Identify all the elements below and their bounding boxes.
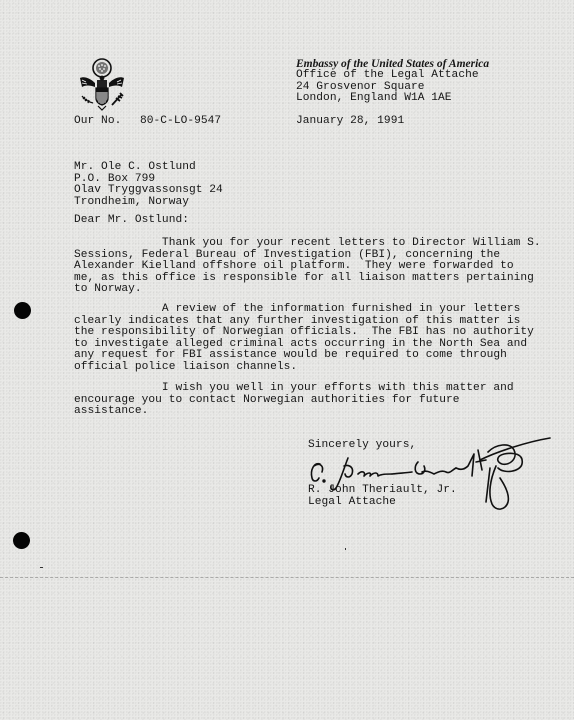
letter-page: Embassy of the United States of America …: [0, 0, 574, 720]
body-paragraph-1: Thank you for your recent letters to Dir…: [74, 238, 541, 296]
recipient-name: Mr. Ole C. Ostlund: [74, 162, 223, 174]
body-paragraph-3: I wish you well in your efforts with thi…: [74, 383, 514, 418]
body-line: official police liaison channels.: [74, 362, 534, 374]
body-line: assistance.: [74, 406, 514, 418]
letterhead: Embassy of the United States of America …: [296, 58, 489, 105]
reference-number: 80-C-LO-9547: [140, 116, 221, 128]
reference-label: Our No.: [74, 116, 121, 128]
body-paragraph-2: A review of the information furnished in…: [74, 304, 534, 374]
office-name: Office of the Legal Attache: [296, 70, 489, 82]
body-line: to Norway.: [74, 284, 541, 296]
closing: Sincerely yours,: [308, 440, 416, 452]
scan-speck: [345, 548, 346, 550]
scan-speck: [40, 567, 43, 568]
punch-hole: [14, 302, 31, 319]
city-address: London, England W1A 1AE: [296, 93, 489, 105]
signer-block: R. John Theriault, Jr. Legal Attache: [308, 485, 457, 508]
recipient-address: Mr. Ole C. Ostlund P.O. Box 799 Olav Try…: [74, 162, 223, 208]
body-line: Thank you for your recent letters to Dir…: [74, 238, 541, 250]
letter-date: January 28, 1991: [296, 116, 404, 128]
body-line: me, as this office is responsible for al…: [74, 273, 541, 285]
signer-title: Legal Attache: [308, 497, 457, 509]
body-line: A review of the information furnished in…: [74, 304, 534, 316]
punch-hole: [13, 532, 30, 549]
body-line: I wish you well in your efforts with thi…: [74, 383, 514, 395]
great-seal-eagle-icon: [76, 56, 128, 112]
fold-line: [0, 577, 574, 578]
recipient-city: Trondheim, Norway: [74, 197, 223, 209]
salutation: Dear Mr. Ostlund:: [74, 215, 189, 227]
signer-name: R. John Theriault, Jr.: [308, 485, 457, 497]
